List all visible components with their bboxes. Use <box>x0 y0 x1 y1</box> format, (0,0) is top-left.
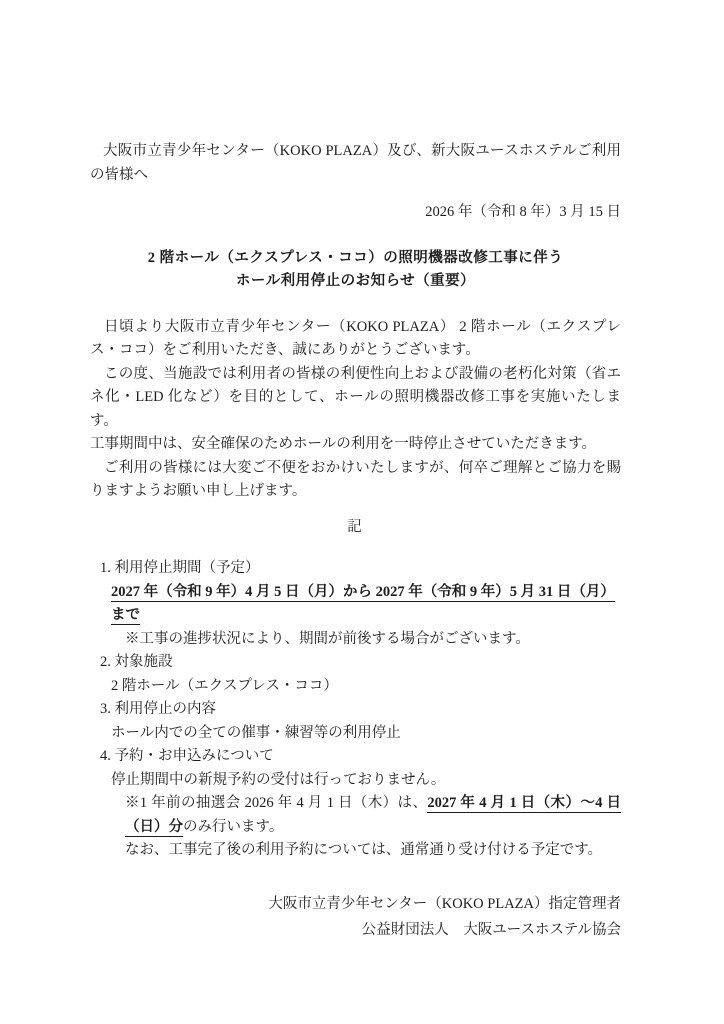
item1-period-emphasis: 2027 年（令和 9 年）4 月 5 日（月）から 2027 年（令和 9 年… <box>111 584 615 626</box>
item1-period-line: 2027 年（令和 9 年）4 月 5 日（月）から 2027 年（令和 9 年… <box>111 581 621 628</box>
item4-closing-note: なお、工事完了後の利用予約については、通常通り受け付ける予定です。 <box>125 839 621 863</box>
item4-note-suffix: のみ行います。 <box>183 819 283 835</box>
item3-detail: ホール内での全ての催事・練習等の利用停止 <box>111 722 621 746</box>
item4-lottery-note: ※1 年前の抽選会 2026 年 4 月 1 日（木）は、2027 年 4 月 … <box>125 792 621 839</box>
body-paragraph-purpose: この度、当施設では利用者の皆様の利便性向上および設備の老朽化対策（省エネ化・LE… <box>90 363 621 434</box>
notice-title: 2 階ホール（エクスプレス・ココ）の照明機器改修工事に伴う ホール利用停止のお知… <box>90 247 621 294</box>
notice-title-line1: 2 階ホール（エクスプレス・ココ）の照明機器改修工事に伴う <box>90 247 621 271</box>
item4-heading: 4. 予約・お申込みについて <box>100 745 621 769</box>
body-paragraphs: 日頃より大阪市立青少年センター（KOKO PLAZA） 2 階ホール（エクスプレ… <box>90 316 621 504</box>
item2-heading: 2. 対象施設 <box>100 651 621 675</box>
signature-block: 大阪市立青少年センター（KOKO PLAZA）指定管理者 公益財団法人 大阪ユー… <box>90 891 621 943</box>
document-content: 大阪市立青少年センター（KOKO PLAZA）及び、新大阪ユースホステルご利用の… <box>90 140 621 943</box>
body-paragraph-greeting: 日頃より大阪市立青少年センター（KOKO PLAZA） 2 階ホール（エクスプレ… <box>90 316 621 363</box>
record-marker: 記 <box>90 516 621 540</box>
notice-title-line2: ホール利用停止のお知らせ（重要） <box>90 270 621 294</box>
item4-detail: 停止期間中の新規予約の受付は行っておりません。 <box>111 769 621 793</box>
item1-heading: 1. 利用停止期間（予定） <box>100 557 621 581</box>
body-paragraph-suspension: 工事期間中は、安全確保のためホールの利用を一時停止させていただきます。 <box>90 433 621 457</box>
date-line: 2026 年（令和 8 年）3 月 15 日 <box>90 201 621 225</box>
recipient-line: 大阪市立青少年センター（KOKO PLAZA）及び、新大阪ユースホステルご利用の… <box>90 140 621 187</box>
details-list: 1. 利用停止期間（予定） 2027 年（令和 9 年）4 月 5 日（月）から… <box>90 557 621 863</box>
item3-heading: 3. 利用停止の内容 <box>100 698 621 722</box>
item2-detail: 2 階ホール（エクスプレス・ココ） <box>111 675 621 699</box>
signature-line1: 大阪市立青少年センター（KOKO PLAZA）指定管理者 <box>90 891 621 917</box>
item1-note: ※工事の進捗状況により、期間が前後する場合がございます。 <box>125 628 621 652</box>
body-paragraph-apology: ご利用の皆様には大変ご不便をおかけいたしますが、何卒ご理解とご協力を賜りますよう… <box>90 457 621 504</box>
notice-document-page: 大阪市立青少年センター（KOKO PLAZA）及び、新大阪ユースホステルご利用の… <box>0 0 724 1024</box>
item4-note-prefix: ※1 年前の抽選会 2026 年 4 月 1 日（木）は、 <box>125 795 427 811</box>
signature-line2: 公益財団法人 大阪ユースホステル協会 <box>90 917 621 943</box>
